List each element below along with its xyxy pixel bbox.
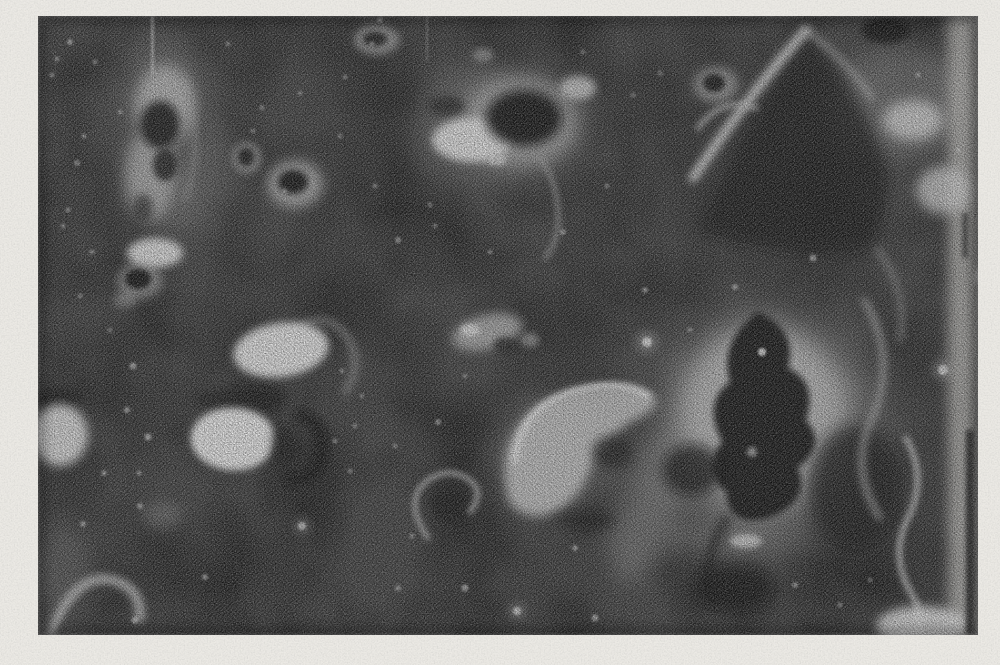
- halftone-texture-overlay: [38, 16, 978, 635]
- sem-micrograph-image: [0, 0, 1000, 665]
- scanned-document-page: [0, 0, 1000, 665]
- dither-weave-light: [38, 16, 978, 635]
